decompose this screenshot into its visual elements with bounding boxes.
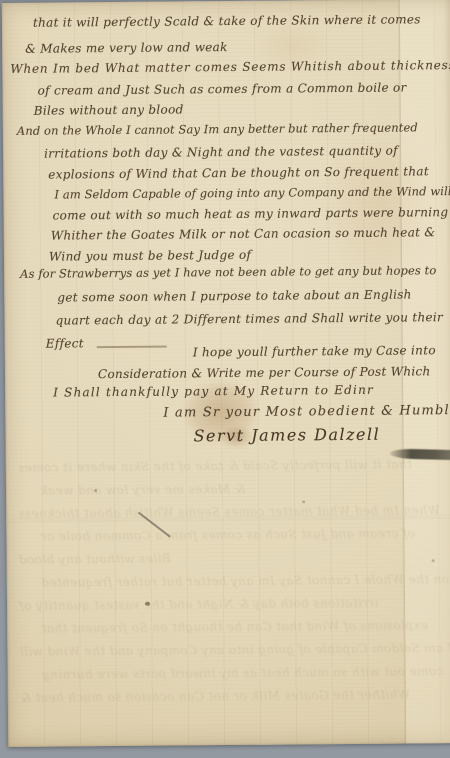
bleed-line: of cream and Just Such as comes from a C…	[40, 526, 415, 543]
bleed-line: & Makes me very low and weak	[40, 482, 245, 498]
bleed-line: irritations both day & Night and the vas…	[19, 596, 378, 613]
bleed-line: I am Seldom Capable of going into any Co…	[19, 641, 450, 659]
bleed-line: Whither the Goates Milk or not Can ocasi…	[20, 687, 410, 704]
scan-background: that it will perfectly Scald & take of t…	[0, 0, 450, 758]
letter-line: Consideration & Write me per Course of P…	[98, 364, 431, 381]
bleed-line: When Im bed What matter comes Seems Whit…	[18, 503, 440, 521]
letter-line: I hope youll further take my Case into	[193, 343, 436, 359]
letter-page: that it will perfectly Scald & take of t…	[2, 0, 450, 747]
letter-line: I am Sr your Most obedient & Humble	[163, 403, 450, 421]
bleed-line: that it will perfectly Scald & take of t…	[18, 457, 412, 474]
letter-line: & Makes me very low and weak	[25, 40, 228, 56]
bleed-through: that it will perfectly Scald & take of t…	[6, 451, 450, 717]
bleed-line: And on the Whole I cannot Say Im any bet…	[41, 572, 450, 590]
signature-line: Servt James Dalzell	[193, 425, 380, 446]
letter-line: Wind you must be best Judge of	[49, 248, 251, 264]
bleed-line: explosions of Wind that Can be thought o…	[41, 618, 428, 635]
bleed-line: come out with so much heat as my inward …	[42, 664, 444, 682]
letter-line: I Shall thankfully pay at My Return to E…	[53, 383, 374, 400]
letter-line: Biles without any blood	[34, 102, 184, 117]
letter-line: Effect	[46, 336, 84, 350]
bleed-line: Biles without any blood	[19, 552, 171, 567]
